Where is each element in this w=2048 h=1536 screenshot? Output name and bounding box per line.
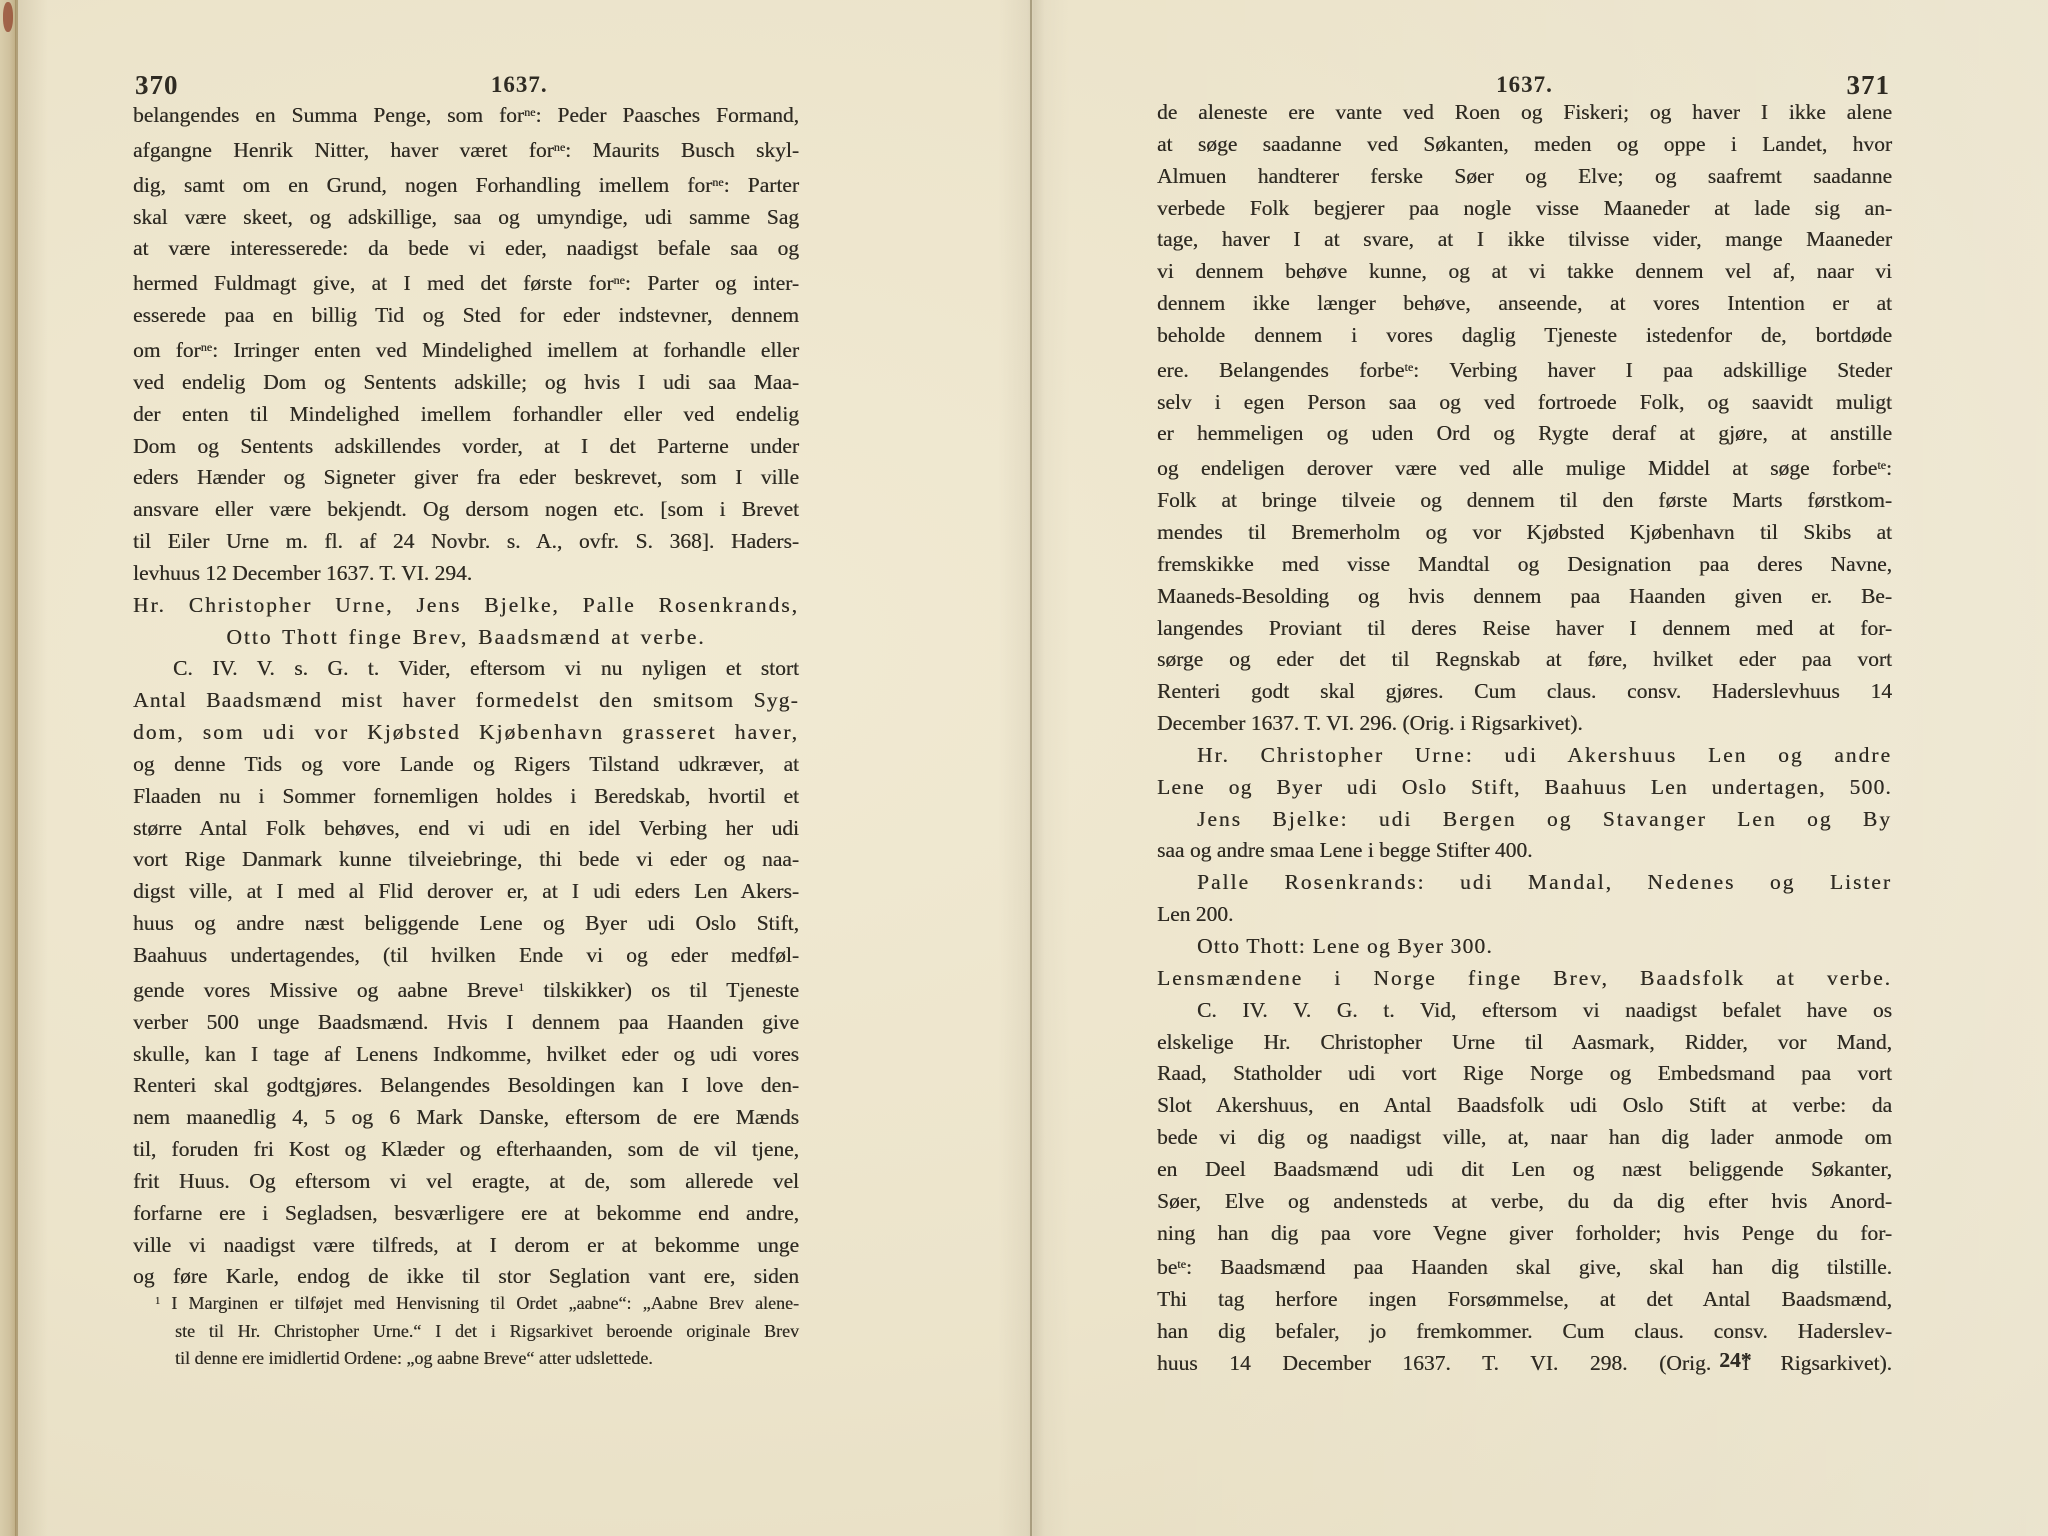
text-line: Dom og Sentents adskillendes vorder, at … xyxy=(133,431,799,463)
text-line: afgangne Henrik Nitter, haver været forn… xyxy=(133,132,799,167)
text-line: esserede paa en billig Tid og Sted for e… xyxy=(133,300,799,332)
text-line: skal være skeet, og adskillige, saa og u… xyxy=(133,202,799,234)
text-line: ning han dig paa vore Vegne giver forhol… xyxy=(1157,1218,1892,1250)
gutter-shadow xyxy=(998,0,1070,1536)
text-line: Flaaden nu i Sommer fornemligen holdes i… xyxy=(133,781,799,813)
text-line: mendes til Bremerholm og vor Kjøbsted Kj… xyxy=(1157,517,1892,549)
text-line: C. IV. V. s. G. t. Vider, eftersom vi nu… xyxy=(133,653,799,685)
text-line: 1 I Marginen er tilføjet med Henvisning … xyxy=(155,1288,799,1318)
book-edge-shadow xyxy=(18,0,48,1536)
footnote-block: 1 I Marginen er tilføjet med Henvisning … xyxy=(133,1288,799,1373)
text-line: Jens Bjelke: udi Bergen og Stavanger Len… xyxy=(1157,804,1892,836)
text-line: fremskikke med visse Mandtal og Designat… xyxy=(1157,549,1892,581)
text-line: langendes Proviant til deres Reise haver… xyxy=(1157,613,1892,645)
text-line: Slot Akershuus, en Antal Baadsfolk udi O… xyxy=(1157,1090,1892,1122)
text-line: at søge saadanne ved Søkanten, meden og … xyxy=(1157,129,1892,161)
text-line: ste til Hr. Christopher Urne.“ I det i R… xyxy=(175,1318,799,1346)
text-line: og denne Tids og vore Lande og Rigers Ti… xyxy=(133,749,799,781)
text-line: til denne ere imidlertid Ordene: „og aab… xyxy=(175,1345,799,1373)
text-line: saa og andre smaa Lene i begge Stifter 4… xyxy=(1157,835,1892,867)
gutter-crease-line xyxy=(1030,0,1032,1536)
text-line: beholde dennem i vores daglig Tjeneste i… xyxy=(1157,320,1892,352)
text-line: belangendes en Summa Penge, som forne: P… xyxy=(133,97,799,132)
text-line: nem maanedlig 4, 5 og 6 Mark Danske, eft… xyxy=(133,1102,799,1134)
text-line: Antal Baadsmænd mist haver formedelst de… xyxy=(133,685,799,717)
text-line: Lensmændene i Norge finge Brev, Baadsfol… xyxy=(1157,963,1892,995)
text-line: Maaneds-Besolding og hvis dennem paa Haa… xyxy=(1157,581,1892,613)
signature-mark: 24* xyxy=(1157,1348,1892,1373)
text-line: dig, samt om en Grund, nogen Forhandling… xyxy=(133,167,799,202)
text-line: Renteri skal godtgjøres. Belangendes Bes… xyxy=(133,1070,799,1102)
text-line: Lene og Byer udi Oslo Stift, Baahuus Len… xyxy=(1157,772,1892,804)
text-line: Palle Rosenkrands: udi Mandal, Nedenes o… xyxy=(1157,867,1892,899)
page-left: 370 1637. belangendes en Summa Penge, so… xyxy=(133,0,799,1536)
text-line: ere. Belangendes forbete: Verbing haver … xyxy=(1157,352,1892,387)
text-line: en Deel Baadsmænd udi dit Len og næst be… xyxy=(1157,1154,1892,1186)
text-line: dennem ikke længer behøve, anseende, at … xyxy=(1157,288,1892,320)
text-line: huus og andre næst beliggende Lene og By… xyxy=(133,908,799,940)
text-line: skulle, kan I tage af Lenens Indkomme, h… xyxy=(133,1039,799,1071)
text-line: Søer, Elve og andensteds at verbe, du da… xyxy=(1157,1186,1892,1218)
text-line: elskelige Hr. Christopher Urne til Aasma… xyxy=(1157,1027,1892,1059)
text-line: at være interesserede: da bede vi eder, … xyxy=(133,233,799,265)
text-line: hermed Fuldmagt give, at I med det først… xyxy=(133,265,799,300)
text-line: vort Rige Danmark kunne tilveiebringe, t… xyxy=(133,844,799,876)
text-line: C. IV. V. G. t. Vid, eftersom vi naadigs… xyxy=(1157,995,1892,1027)
text-block-left: belangendes en Summa Penge, som forne: P… xyxy=(133,97,799,1293)
text-line: bede vi dig og naadigst ville, at, naar … xyxy=(1157,1122,1892,1154)
text-line: digst ville, at I med al Flid derover er… xyxy=(133,876,799,908)
text-line: vi dennem behøve kunne, og at vi takke d… xyxy=(1157,256,1892,288)
text-line: Thi tag herfore ingen Forsømmelse, at de… xyxy=(1157,1284,1892,1316)
text-line: der enten til Mindelighed imellem forhan… xyxy=(133,399,799,431)
book-edge-band xyxy=(0,0,16,1536)
text-line: Len 200. xyxy=(1157,899,1892,931)
text-line: Raad, Statholder udi vort Rige Norge og … xyxy=(1157,1058,1892,1090)
text-line: han dig befaler, jo fremkommer. Cum clau… xyxy=(1157,1316,1892,1348)
text-line: selv i egen Person saa og ved fortroede … xyxy=(1157,387,1892,419)
text-line: eders Hænder og Signeter giver fra eder … xyxy=(133,462,799,494)
text-line: ville vi naadigst være tilfreds, at I de… xyxy=(133,1230,799,1262)
text-line: forfarne ere i Segladsen, besværligere e… xyxy=(133,1198,799,1230)
red-edge-mark xyxy=(3,2,13,32)
text-line: dom, som udi vor Kjøbsted Kjøbenhavn gra… xyxy=(133,717,799,749)
text-line: Renteri godt skal gjøres. Cum claus. con… xyxy=(1157,676,1892,708)
text-line: Almuen handterer ferske Søer og Elve; og… xyxy=(1157,161,1892,193)
text-line: Otto Thott finge Brev, Baadsmænd at verb… xyxy=(133,622,799,654)
text-block-right: de aleneste ere vante ved Roen og Fisker… xyxy=(1157,97,1892,1380)
text-line: verber 500 unge Baadsmænd. Hvis I dennem… xyxy=(133,1007,799,1039)
text-line: til, foruden fri Kost og Klæder og efter… xyxy=(133,1134,799,1166)
text-line: de aleneste ere vante ved Roen og Fisker… xyxy=(1157,97,1892,129)
text-line: er hemmeligen og uden Ord og Rygte deraf… xyxy=(1157,418,1892,450)
text-line: December 1637. T. VI. 296. (Orig. i Rigs… xyxy=(1157,708,1892,740)
text-line: gende vores Missive og aabne Breve1 tils… xyxy=(133,972,799,1007)
text-line: levhuus 12 December 1637. T. VI. 294. xyxy=(133,558,799,590)
text-line: frit Huus. Og eftersom vi vel eragte, at… xyxy=(133,1166,799,1198)
text-line: sørge og eder det til Regnskab at føre, … xyxy=(1157,644,1892,676)
running-head-left: 1637. xyxy=(491,72,548,98)
text-line: Baahuus undertagendes, (til hvilken Ende… xyxy=(133,940,799,972)
text-line: bete: Baadsmænd paa Haanden skal give, s… xyxy=(1157,1249,1892,1284)
text-line: til Eiler Urne m. fl. af 24 Novbr. s. A.… xyxy=(133,526,799,558)
text-line: om forne: Irringer enten ved Mindelighed… xyxy=(133,332,799,367)
book-spread: 370 1637. belangendes en Summa Penge, so… xyxy=(0,0,2048,1536)
text-line: større Antal Folk behøves, end vi udi en… xyxy=(133,813,799,845)
text-line: ved endelig Dom og Sentents adskille; og… xyxy=(133,367,799,399)
page-right: 1637. 371 de aleneste ere vante ved Roen… xyxy=(1157,0,1892,1536)
text-line: Otto Thott: Lene og Byer 300. xyxy=(1157,931,1892,963)
running-head-right: 1637. xyxy=(1496,72,1553,98)
text-line: Hr. Christopher Urne: udi Akershuus Len … xyxy=(1157,740,1892,772)
text-line: Folk at bringe tilveie og dennem til den… xyxy=(1157,485,1892,517)
text-line: og endeligen derover være ved alle mulig… xyxy=(1157,450,1892,485)
text-line: ansvare eller være bekjendt. Og dersom n… xyxy=(133,494,799,526)
text-line: verbede Folk begjerer paa nogle visse Ma… xyxy=(1157,193,1892,225)
text-line: Hr. Christopher Urne, Jens Bjelke, Palle… xyxy=(133,590,799,622)
text-line: tage, haver I at svare, at I ikke tilvis… xyxy=(1157,224,1892,256)
